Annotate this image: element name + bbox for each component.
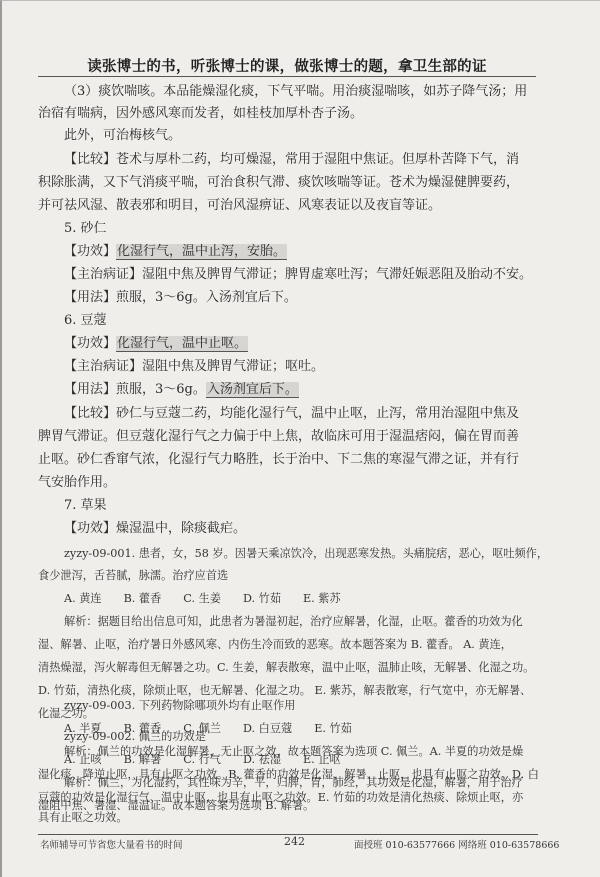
option-e: E. 竹茹 (314, 720, 352, 738)
analysis-line: 湿、解暑、止呕，治疗暑日外感风寒、内伤生冷而致的恶寒。故本题答案为 B. 藿香。… (38, 636, 512, 654)
analysis-line: 具有止呕之功效。 (38, 809, 128, 827)
option-c: C. 佩兰 (183, 720, 221, 738)
document-page: 读张博士的书，听张博士的课，做张博士的题，拿卫生部的证 （3）痰饮喘咳。本品能燥… (0, 0, 600, 877)
effect-text: 燥湿温中，除痰截疟。 (116, 521, 246, 536)
option-b: B. 藿香 (124, 590, 162, 608)
herb-effect: 【功效】化湿行气，温中止泻，安胎。 (64, 243, 287, 261)
analysis-line: 湿化痰、降逆止呕，具有止呕之功效。B. 藿香的功效是化湿、解暑、止呕，也具有止呕… (38, 766, 539, 784)
analysis-line: 解析：据题目给出信息可知，此患者为暑湿初起，治疗应解暑，化湿，止呕。藿香的功效为… (64, 613, 523, 631)
indication-label: 【主治病证】 (64, 359, 142, 374)
herb-heading: 6. 豆蔻 (64, 312, 107, 330)
paragraph-line: （3）痰饮喘咳。本品能燥湿化痰，下气平喘。用治痰湿喘咳，如苏子降气汤；用 (64, 83, 527, 101)
effect-label: 【功效】 (64, 336, 116, 351)
paragraph-line: 治宿有喘病，因外感风寒而发者，如桂枝加厚朴杏子汤。 (38, 105, 363, 123)
question-options: A. 半夏B. 藿香C. 佩兰D. 白豆蔻E. 竹茹 (64, 720, 374, 738)
herb-heading: 7. 草果 (64, 497, 107, 515)
compare-line: 积除胀满，又下气消痰平喘，可治食积气滞、痰饮咳喘等证。苍术为燥湿健脾要药， (38, 174, 519, 192)
option-d: D. 竹茹 (243, 590, 281, 608)
compare-line: 止呕。砂仁香窜气浓，化湿行气力略胜，长于治中、下二焦的寒湿气滞之证，并有行 (38, 451, 519, 469)
question-stem: zyzy-09-003. 下列药物除哪项外均有止呕作用 (64, 697, 295, 715)
compare-text: 砂仁与豆蔻二药，均能化湿行气，温中止呕，止泻，常用治湿阻中焦及 (116, 406, 519, 421)
herb-effect: 【功效】化湿行气，温中止呕。 (64, 335, 248, 353)
usage-label: 【用法】 (64, 382, 116, 397)
herb-indication: 【主治病证】湿阻中焦及脾胃气滞证；脾胃虚寒吐泻；气滞妊娠恶阻及胎动不安。 (64, 266, 532, 284)
option-d: D. 白豆蔻 (243, 720, 292, 738)
effect-label: 【功效】 (64, 521, 116, 536)
option-a: A. 黄连 (64, 590, 102, 608)
compare-line: 脾胃气滞证。但豆蔻化湿行气之力偏于中上焦，故临床可用于湿温痞闷，偏在胃而善 (38, 428, 519, 446)
herb-usage: 【用法】煎服，3～6g。入汤剂宜后下。 (64, 289, 297, 307)
analysis-line: 解析：佩兰的功效是化湿解暑，无止呕之效，故本题答案为选项 C. 佩兰。A. 半夏… (64, 743, 523, 761)
option-e: E. 紫苏 (303, 590, 341, 608)
indication-text: 湿阻中焦及脾胃气滞证；脾胃虚寒吐泻；气滞妊娠恶阻及胎动不安。 (142, 267, 532, 282)
footer-contact: 面授班 010-63577666 网络班 010-63578666 (354, 837, 559, 851)
usage-label: 【用法】 (64, 290, 116, 305)
compare-line: 【比较】砂仁与豆蔻二药，均能化湿行气，温中止呕，止泻，常用治湿阻中焦及 (64, 405, 519, 423)
option-c: C. 生姜 (183, 590, 221, 608)
herb-indication: 【主治病证】湿阻中焦及脾胃气滞证；呕吐。 (64, 358, 324, 376)
question-stem: 食少泄泻，舌苔腻，脉濡。治疗应首选 (38, 567, 228, 585)
page-number: 242 (284, 835, 305, 848)
herb-effect: 【功效】燥湿温中，除痰截疟。 (64, 520, 246, 538)
compare-text: 苍术与厚朴二药，均可燥湿，常用于湿阻中焦证。但厚朴苦降下气，消 (116, 152, 519, 167)
paragraph-line: 此外，可治梅核气。 (64, 127, 181, 145)
indication-label: 【主治病证】 (64, 267, 142, 282)
highlighted-effect: 化湿行气，温中止泻，安胎。 (116, 244, 287, 260)
indication-text: 湿阻中焦及脾胃气滞证；呕吐。 (142, 359, 324, 374)
option-a: A. 半夏 (64, 720, 102, 738)
compare-line: 气安胎作用。 (38, 474, 116, 492)
usage-text: 煎服，3～6g。入汤剂宜后下。 (116, 290, 297, 305)
page-header: 读张博士的书，听张博士的课，做张博士的题，拿卫生部的证 (38, 55, 536, 76)
herb-usage: 【用法】煎服，3～6g。入汤剂宜后下。 (64, 381, 299, 399)
footer-slogan: 名师辅导可节省您大量看书的时间 (40, 837, 183, 851)
highlighted-effect: 化湿行气，温中止呕。 (116, 336, 248, 352)
herb-heading: 5. 砂仁 (64, 220, 107, 238)
compare-label: 【比较】 (64, 152, 116, 167)
highlighted-usage: 入汤剂宜后下。 (206, 382, 299, 398)
analysis-line: 清热燥湿，泻火解毒但无解暑之功。C. 生姜，解表散寒，温中止呕，温肺止咳，无解暑… (38, 659, 534, 677)
option-b: B. 藿香 (124, 720, 162, 738)
question-options: A. 黄连B. 藿香C. 生姜D. 竹茹E. 紫苏 (64, 590, 363, 608)
compare-label: 【比较】 (64, 406, 116, 421)
compare-line: 并可祛风湿、散表邪和明目，可治风湿痹证、风寒表证以及夜盲等证。 (38, 197, 441, 215)
usage-text: 煎服，3～6g。 (116, 382, 206, 397)
question-stem: zyzy-09-001. 患者，女，58 岁。因暑天乘凉饮冷，出现恶寒发热。头痛… (64, 545, 548, 563)
header-divider (38, 76, 536, 77)
analysis-line: 豆蔻的功效是化湿行气、温中止呕，也具有止呕之功效。E. 竹茹的功效是清化热痰、除… (38, 789, 523, 807)
compare-line: 【比较】苍术与厚朴二药，均可燥湿，常用于湿阻中焦证。但厚朴苦降下气，消 (64, 151, 519, 169)
effect-label: 【功效】 (64, 244, 116, 259)
